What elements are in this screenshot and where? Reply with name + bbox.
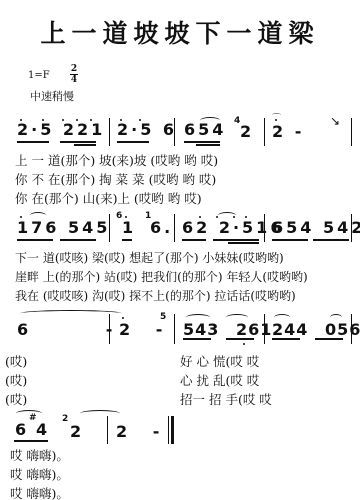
measure-2: 2·5 6: [117, 120, 177, 139]
beam: [196, 144, 220, 146]
barline: [109, 118, 110, 146]
measure-13-b: 4: [36, 420, 50, 439]
lyric-verse-1: 下一 道(哎咳) 梁(哎) 想起了(那个) 小妹妹(哎哟哟): [15, 249, 284, 266]
slur: [274, 314, 290, 321]
octave-dot: [125, 216, 127, 218]
barline: [351, 314, 352, 344]
beam: [313, 239, 349, 241]
beam: [226, 338, 254, 340]
beam: [14, 440, 48, 442]
beam: [182, 239, 206, 241]
lyric-verse-3: 你 在(那个) 山(来)上 (哎哟 哟 哎): [15, 189, 202, 207]
barline: [107, 416, 108, 444]
barline: [174, 314, 175, 344]
slur: [330, 314, 342, 321]
octave-dot: [233, 216, 235, 218]
slide-mark-icon: ↘: [330, 114, 340, 128]
tempo-marking: 中速稍慢: [30, 88, 74, 104]
lyric-verse-1-a: (哎): [5, 352, 27, 370]
measure-10: 2 -: [119, 320, 172, 339]
measure-12: 244 056: [272, 320, 360, 339]
measure-11: 543 261: [183, 320, 272, 339]
slur: [20, 310, 122, 317]
octave-dot: [245, 216, 247, 218]
lyric-verse-1: 哎 嗨嗨)。: [10, 446, 69, 464]
slur: [200, 117, 220, 124]
lyric-verse-3-a: (哎): [5, 390, 27, 408]
beam: [272, 239, 308, 241]
measure-7: 62 2·516: [182, 218, 284, 237]
measure-13-a: 6: [15, 420, 29, 439]
lyric-verse-2-b: 心 扰 乱(哎 哎: [180, 371, 259, 389]
beam: [117, 141, 149, 143]
measure-14: 2 -: [116, 422, 169, 441]
key-signature: 1=F: [28, 70, 50, 81]
beam: [74, 144, 96, 146]
octave-dot: [76, 119, 78, 121]
octave-dot: [122, 317, 124, 319]
lyric-verse-2-a: (哎): [5, 371, 27, 389]
slur: [80, 410, 120, 417]
lyric-verse-3: 我在 (哎哎咳) 沟(哎) 探不上(的那个) 拉话话(哎哟哟): [15, 287, 296, 304]
lyric-verse-1-b: 好 心 慌(哎 哎: [180, 352, 259, 370]
octave-dot: [199, 216, 201, 218]
barline: [264, 214, 265, 242]
barline: [351, 214, 352, 242]
beam: [17, 239, 53, 241]
beam: [213, 239, 259, 241]
beam: [122, 239, 132, 241]
octave-dot: [62, 119, 64, 121]
final-barline-thin: [168, 416, 169, 444]
measure-13-c: 2: [70, 422, 84, 441]
lyric-verse-3: 哎 嗨嗨)。: [10, 484, 69, 500]
lyric-verse-2: 哎 嗨嗨)。: [10, 465, 69, 483]
measure-4: 2 -: [272, 122, 304, 141]
beam: [17, 141, 49, 143]
measure-5: 176 545: [17, 218, 110, 237]
beam: [228, 242, 259, 244]
lyric-verse-2: 崖畔 上(的那个) 站(哎) 把我们(的那个) 年轻人(哎哟哟): [15, 268, 308, 285]
beam: [60, 239, 96, 241]
beam: [60, 141, 96, 143]
slur: [186, 314, 210, 321]
measure-6-b: 6.: [150, 218, 173, 237]
final-barline-thick: [171, 416, 174, 444]
barline: [109, 314, 110, 344]
measure-6-a: 1: [122, 218, 136, 237]
octave-dot: [20, 216, 22, 218]
lyric-verse-3-b: 招一 招 手(哎 哎: [180, 390, 272, 408]
measure-8: 654 542: [272, 218, 360, 237]
octave-dot: [20, 119, 22, 121]
beam: [272, 338, 300, 340]
lyric-verse-1: 上 一 道(那个) 坡(来)坡 (哎哟 哟 哎): [15, 151, 218, 169]
barline: [174, 118, 175, 146]
measure-3-main: 2: [240, 122, 254, 141]
barline: [109, 214, 110, 242]
time-signature: 2 4: [70, 64, 78, 85]
barline: [174, 214, 175, 242]
fermata-icon: ⌒: [272, 111, 281, 124]
meter-bottom: 4: [71, 75, 77, 85]
measure-1: 2·5 221: [17, 120, 105, 139]
octave-dot: [216, 216, 218, 218]
low-octave-dot: [243, 343, 245, 345]
lyric-verse-2: 你 不 在(那个) 掏 菜 菜 (哎哟 哟 哎): [15, 170, 216, 188]
beam: [184, 141, 220, 143]
beam: [183, 338, 211, 340]
beam: [315, 338, 343, 340]
octave-dot: [90, 119, 92, 121]
octave-dot: [42, 119, 44, 121]
song-title: 上一道坡坡下一道梁: [0, 14, 360, 50]
grace-note: 5: [160, 312, 166, 322]
barline: [264, 118, 265, 146]
octave-dot: [139, 119, 141, 121]
grace-note: 2: [62, 414, 68, 424]
barline: [264, 314, 265, 344]
barline: [351, 118, 352, 146]
octave-dot: [120, 119, 122, 121]
slur: [226, 314, 248, 321]
meter-top: 2: [71, 64, 77, 74]
